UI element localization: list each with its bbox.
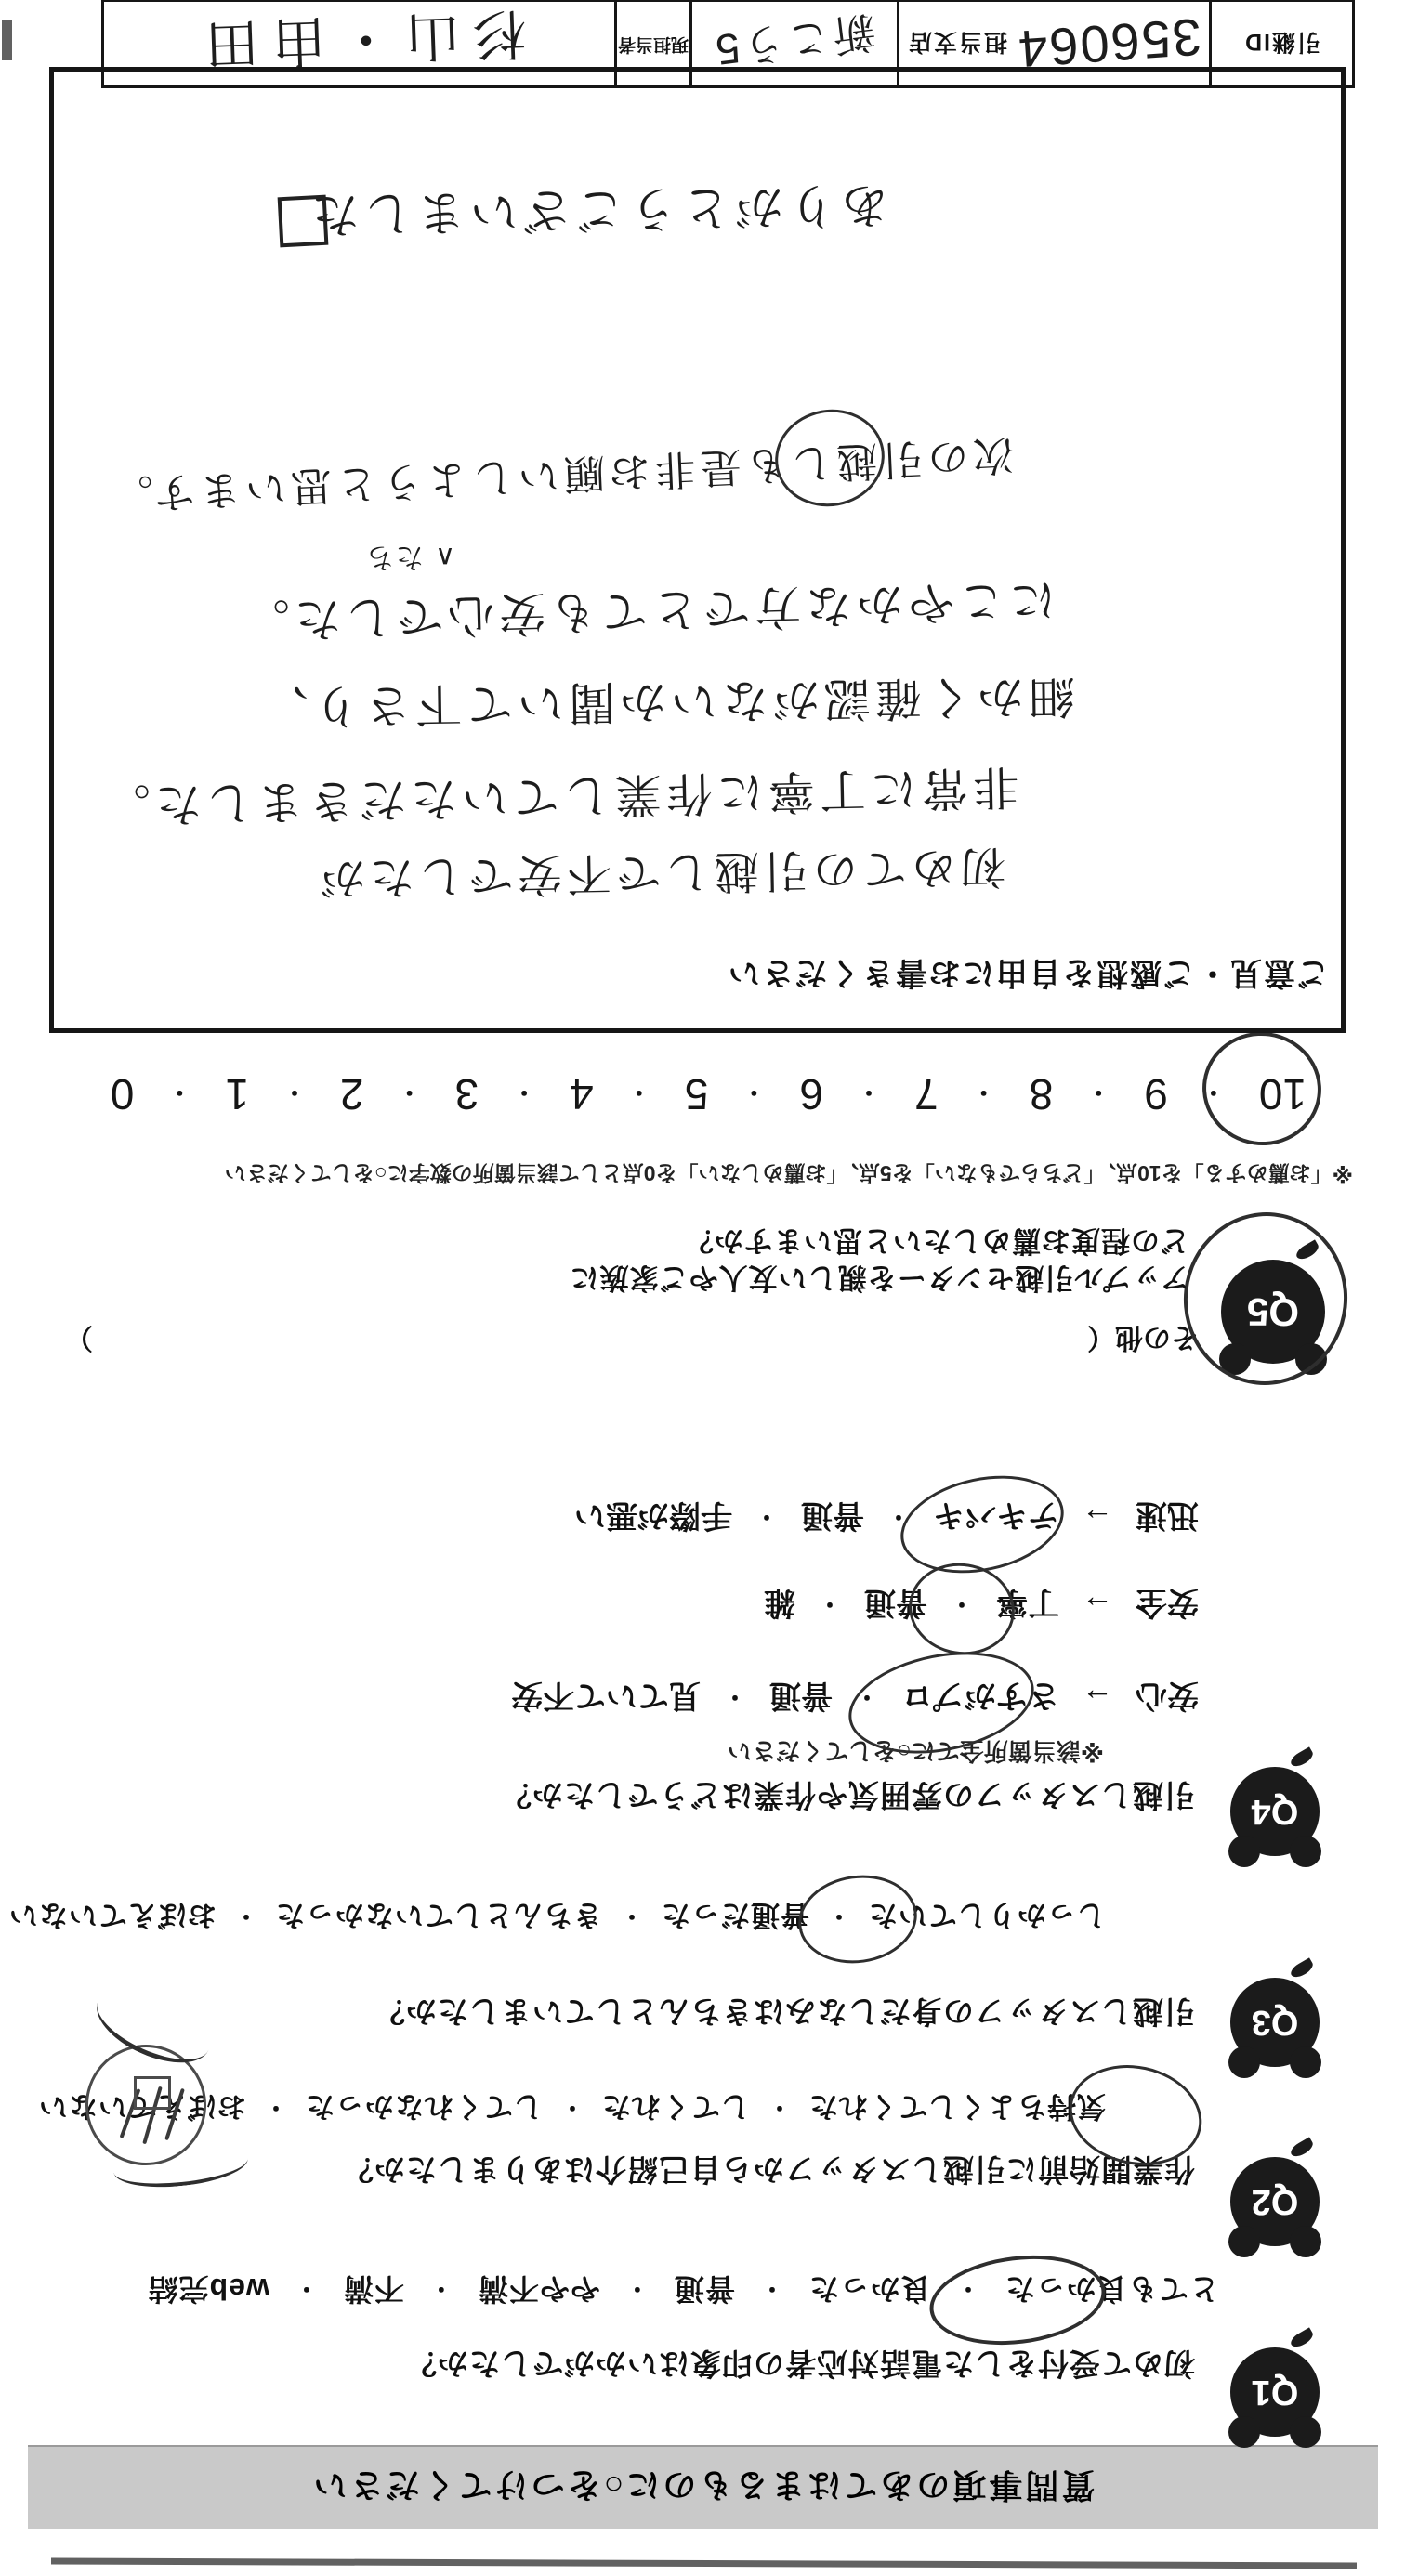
- q1-option-2: 良かった: [808, 2269, 931, 2312]
- hanko-stamp-icon: [84, 1991, 208, 2167]
- comment-end-box-mark-ink: [278, 195, 329, 248]
- branch-value-cell: 新こう5: [692, 2, 899, 85]
- q3-panda-badge-icon: Q3: [1230, 1978, 1320, 2067]
- scale-separator: ・: [512, 1078, 536, 1112]
- nps-0: 0: [111, 1069, 135, 1119]
- q3-option-2: 普通だった: [661, 1897, 809, 1939]
- staff-value-handwritten: 杉山・由田: [190, 0, 528, 88]
- staff-label-cell: 現担当者: [617, 2, 692, 85]
- scale-separator: ・: [398, 1078, 422, 1112]
- comment-line-6: ありがとうございました: [306, 175, 889, 255]
- comment-prompt: ご意見・ご感想を自由にお書きください: [727, 953, 1329, 999]
- q5-note: ※「お薦めする」を10点、「どちらでもない」を5点、「お薦めしない」を0点として…: [225, 1159, 1353, 1190]
- option-separator: ・: [428, 2274, 453, 2308]
- option-separator: ・: [559, 2092, 584, 2126]
- q3-badge-label: Q3: [1252, 2003, 1299, 2043]
- nps-4: 4: [570, 1069, 594, 1119]
- q4-question-text: 引越しスタッフの雰囲気や作業はどうでしたか？: [500, 1775, 1195, 1819]
- badge-leaf-icon: [1288, 2327, 1315, 2349]
- insertion-text: たち: [364, 542, 424, 572]
- option-separator: ・: [263, 2092, 288, 2126]
- option-separator: ・: [294, 2274, 319, 2308]
- insertion-caret-icon: ∧: [433, 542, 455, 572]
- nps-8: 8: [1030, 1069, 1054, 1119]
- q4-row3-option-3: 手際が悪い: [574, 1496, 732, 1541]
- q2-question-text: 作業開始前に引越しスタッフから自己紹介はありましたか？: [342, 2150, 1195, 2193]
- q4-row3-label: 迅速: [1136, 1496, 1199, 1541]
- q4-row2-option-3: 雑: [764, 1583, 795, 1628]
- q5-badge-circle-ink: [1175, 1204, 1356, 1393]
- q2-option-1: 気持ちよくしてくれた: [808, 2088, 1106, 2130]
- option-separator: ・: [759, 2274, 784, 2308]
- staff-label: 現担当者: [618, 33, 689, 55]
- arrow-icon: →: [1082, 1588, 1113, 1624]
- option-separator: ・: [818, 1589, 842, 1623]
- nps-2: 2: [340, 1069, 364, 1119]
- q3-option-3: きちんとしていなかった: [275, 1897, 602, 1939]
- form-title: 質問事項のあてはまるものに○をつけてください: [311, 2465, 1096, 2512]
- id-value-handwritten: 356064: [1015, 7, 1203, 81]
- q1-option-4: やや不満: [478, 2269, 600, 2312]
- scale-separator: ・: [742, 1078, 766, 1112]
- q2-option-2: してくれた: [601, 2088, 750, 2130]
- q4-row3-option-2: 普通: [801, 1496, 864, 1541]
- q4-row3-answer-circle-ink: [892, 1462, 1073, 1588]
- nps-scale-row: 10・ 9・ 8・ 7・ 6・ 5・ 4・ 3・ 2・ 1・ 0: [111, 1069, 1307, 1119]
- q4-row-jinsoku: 迅速 → テキパキ ・ 普通 ・ 手際が悪い: [574, 1496, 1199, 1541]
- q4-row1-label: 安心: [1136, 1676, 1199, 1721]
- nps-7: 7: [914, 1069, 939, 1119]
- option-separator: ・: [233, 1901, 258, 1935]
- q4-other-row: その他（ ）: [65, 1320, 1199, 1361]
- form-title-bar: 質問事項のあてはまるものに○をつけてください: [28, 2447, 1378, 2529]
- q5-question-line2: どの程度お薦めしたいと思いますか？: [684, 1223, 1189, 1264]
- scale-separator: ・: [857, 1078, 881, 1112]
- id-label: 引継ID: [1243, 27, 1320, 60]
- comment-line-1: 初めての引越しで不安でしたが: [315, 839, 1005, 915]
- option-separator: ・: [755, 1501, 779, 1536]
- nps-9: 9: [1144, 1069, 1168, 1119]
- option-separator: ・: [619, 1901, 644, 1935]
- handover-id-table: 引継ID 356064 担当支店 新こう5 現担当者 杉山・由田: [101, 0, 1355, 88]
- q3-option-4: おぼえていない: [8, 1897, 217, 1939]
- q4-other-close: ）: [65, 1320, 93, 1361]
- comment-line-3: 細かく確認がないか聞いて下さり、: [257, 666, 1076, 744]
- comment-insertion: ∧ たち: [364, 540, 455, 581]
- option-separator: ・: [767, 2092, 792, 2126]
- badge-leaf-icon: [1288, 1957, 1315, 1980]
- scanned-survey-page: 質問事項のあてはまるものに○をつけてください Q1 初めて受付をした電話対応者の…: [0, 0, 1405, 2576]
- q4-row2-label: 安全: [1136, 1583, 1199, 1628]
- stamp-box-mark: [134, 2076, 171, 2110]
- q3-options-row: しっかりしていた・ 普通だった・ きちんとしていなかった・ おぼえていない: [8, 1897, 1106, 1939]
- q1-panda-badge-icon: Q1: [1230, 2347, 1320, 2437]
- nps-5: 5: [685, 1069, 709, 1119]
- scale-separator: ・: [972, 1078, 996, 1112]
- staff-value-cell: 杉山・由田: [104, 2, 617, 85]
- id-value-and-branch-label-cell: 356064 担当支店: [899, 2, 1212, 85]
- q1-answer-circle-ink: [925, 2246, 1110, 2354]
- badge-leaf-icon: [1288, 2137, 1315, 2159]
- q1-option-5: 不満: [343, 2269, 404, 2312]
- q4-other-label: その他（: [1087, 1320, 1199, 1361]
- scale-separator: ・: [627, 1078, 651, 1112]
- q1-question-text: 初めて受付をした電話対応者の印象はいかがでしたか？: [405, 2344, 1195, 2387]
- scale-separator: ・: [282, 1078, 307, 1112]
- badge-leaf-icon: [1288, 1746, 1315, 1769]
- q2-panda-badge-icon: Q2: [1230, 2157, 1320, 2246]
- nps-1: 1: [225, 1069, 249, 1119]
- scale-separator: ・: [167, 1078, 191, 1112]
- option-separator: ・: [624, 2274, 650, 2308]
- scan-edge-line: [51, 2558, 1357, 2569]
- scale-separator: ・: [1086, 1078, 1110, 1112]
- q2-option-3: してくれなかった: [305, 2088, 543, 2130]
- branch-label: 担当支店: [907, 27, 1007, 60]
- q2-badge-label: Q2: [1252, 2182, 1299, 2222]
- q4-badge-label: Q4: [1252, 1792, 1299, 1832]
- q1-option-3: 普通: [674, 2269, 735, 2312]
- q5-question-line1: アップル引越センターを親しい友人やご家族に: [570, 1260, 1189, 1301]
- arrow-icon: →: [1082, 1500, 1113, 1536]
- q3-answer-circle-ink: [793, 1868, 923, 1971]
- arrow-icon: →: [1082, 1680, 1113, 1717]
- branch-value-handwritten: 新こう5: [710, 4, 879, 85]
- id-label-cell: 引継ID: [1212, 2, 1352, 85]
- q4-row1-option-3: 見ていて不安: [511, 1676, 701, 1721]
- nps-selected-circle-ink: [1195, 1025, 1329, 1154]
- q3-question-text: 引越しスタッフの身だしなみはきちんとしていましたか？: [374, 1992, 1195, 2035]
- q1-badge-label: Q1: [1252, 2373, 1299, 2413]
- q4-panda-badge-icon: Q4: [1230, 1767, 1320, 1856]
- nps-3: 3: [455, 1069, 479, 1119]
- survey-sheet-rotated-180: 質問事項のあてはまるものに○をつけてください Q1 初めて受付をした電話対応者の…: [0, 0, 1405, 2576]
- scan-edge-artifact: [2, 20, 12, 60]
- option-separator: ・: [723, 1681, 747, 1716]
- q4-row1-option-2: 普通: [769, 1676, 833, 1721]
- nps-6: 6: [799, 1069, 823, 1119]
- q1-option-6: web完結: [148, 2269, 269, 2312]
